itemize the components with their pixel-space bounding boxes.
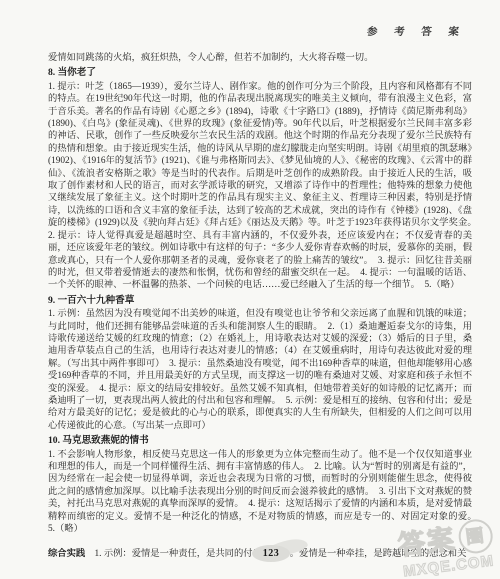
practice-label: 综合实践 (48, 549, 85, 559)
watermark-brand-prefix: 答案 (396, 524, 457, 561)
answer-text-column: 爱情如同跳荡的火焰，疯狂炽热，令人心醉，但若不加制约，大火将吞噬一切。 8. 当… (48, 52, 472, 561)
section-8-body: 1. 提示：叶芝（1865—1939），爱尔兰诗人、剧作家。他的创作可分为三个阶… (48, 81, 472, 292)
watermark-logo: 答案 圈 MXQE.COM (396, 517, 497, 579)
page-number: 123 (252, 545, 290, 562)
section-10-body: 1. 不会影响人物形象，相反使马克思这一伟人的形象更为立体完整而生动了。他不是一… (48, 449, 472, 536)
answer-key-page: 参 考 答 案 爱情如同跳荡的火焰，疯狂炽热，令人心醉，但若不加制约，大火将吞噬… (0, 0, 500, 579)
section-8-title: 8. 当你老了 (48, 67, 472, 79)
page-number-blob: 123 (252, 545, 294, 562)
watermark-circle-badge: 圈 (457, 517, 495, 555)
section-9-body: 1. 示例：虽然因为没有嗅觉闻不出美妙的味道，但没有嗅觉也让爷爷和父亲远离了血腥… (48, 308, 472, 432)
page-number-text: 123 (263, 548, 280, 559)
section-10-title: 10. 马克思致燕妮的情书 (48, 435, 472, 447)
section-9-title: 9. 一百六十九种香草 (48, 295, 472, 307)
running-head: 参 考 答 案 (366, 24, 466, 39)
intro-paragraph: 爱情如同跳荡的火焰，疯狂炽热，令人心醉，但若不加制约，大火将吞噬一切。 (48, 52, 472, 64)
